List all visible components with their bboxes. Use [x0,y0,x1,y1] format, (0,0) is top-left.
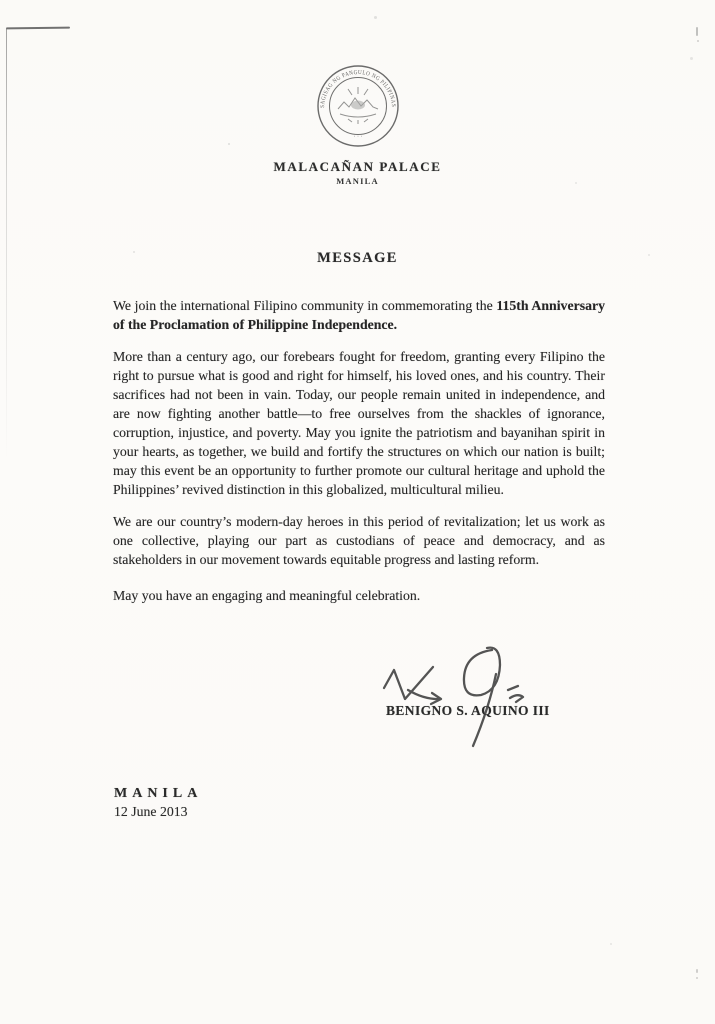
scanned-letter-page: SAGISAG NG PANGULO NG PILIPINAS · · · MA… [0,0,715,1024]
scan-edge-line [6,29,7,459]
scan-speck [228,143,230,145]
letter-body: We join the international Filipino commu… [113,296,605,618]
scan-speck [610,943,612,945]
letterhead-city: MANILA [0,176,715,186]
paragraph-1-normal: We join the international Filipino commu… [113,298,496,313]
scan-speck [697,40,699,42]
closing-line: May you have an engaging and meaningful … [113,586,605,605]
scan-corner-mark [6,27,70,30]
seal-stars: · · · [354,134,363,140]
scan-speck [690,57,693,60]
dateline-place: MANILA [114,786,202,802]
paragraph-3: We are our country’s modern-day heroes i… [113,512,605,569]
paragraph-1: We join the international Filipino commu… [113,296,605,334]
signature-scribble [368,636,568,754]
paragraph-2: More than a century ago, our forebears f… [113,347,605,499]
scan-speck [696,977,698,979]
scan-speck [696,27,698,36]
letterhead-palace: MALACAÑAN PALACE [0,159,715,175]
scan-speck [696,969,698,973]
scan-speck [374,16,377,19]
seal-emblem [338,87,378,124]
presidential-seal: SAGISAG NG PANGULO NG PILIPINAS · · · [314,62,402,150]
dateline-date: 12 June 2013 [114,804,188,820]
message-title: MESSAGE [0,250,715,267]
